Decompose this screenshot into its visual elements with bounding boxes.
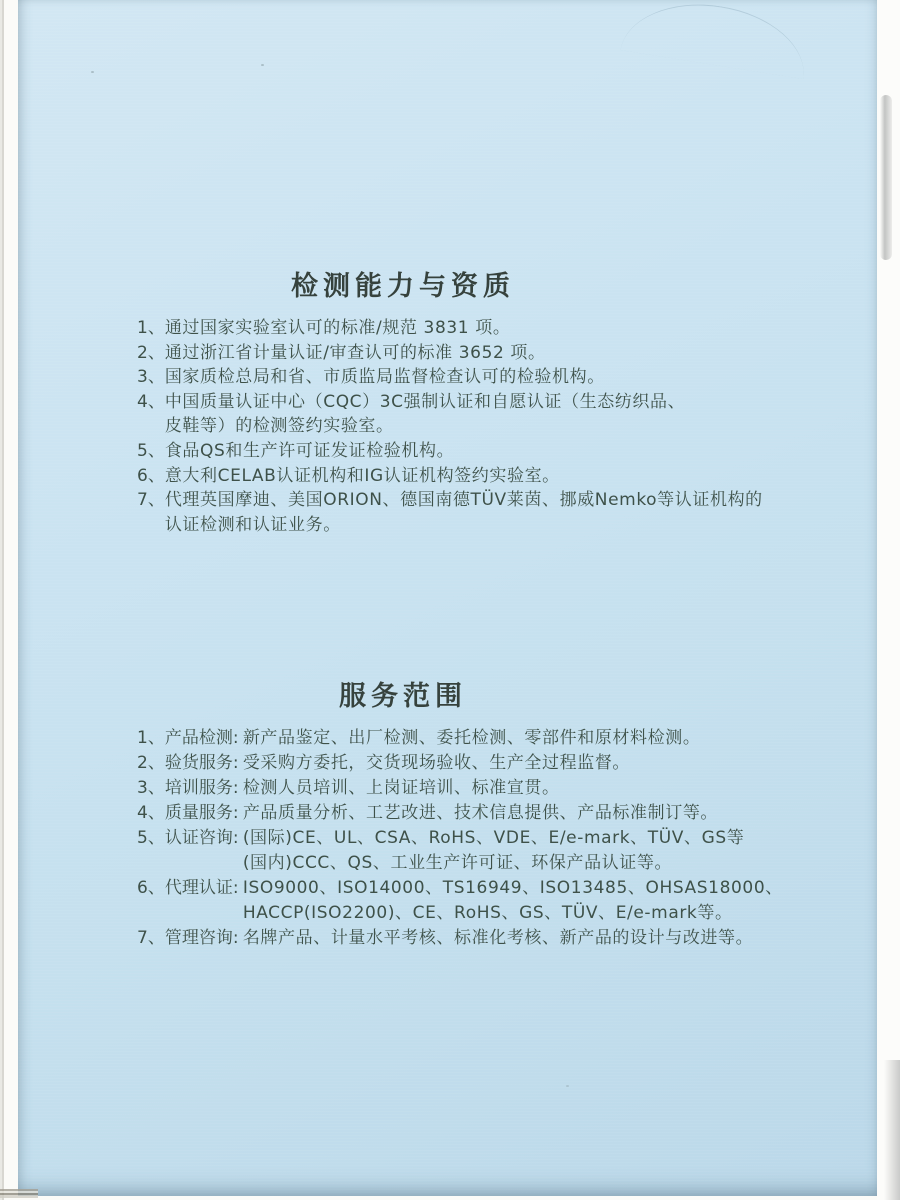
item-line: 名牌产品、计量水平考核、标准化考核、新产品的设计与改进等。 [243,926,788,951]
page-paper: 检测能力与资质 1、 通过国家实验室认可的标准/规范 3831 项。 2、 通过… [18,0,877,1196]
item-line: 认证检测和认证业务。 [165,513,788,538]
item-line: (国际)CE、UL、CSA、RoHS、VDE、E/e-mark、TÜV、GS等 [243,826,788,851]
item-number: 3、 [137,365,165,390]
item-number: 1、 [137,316,165,341]
list-item: 2、 通过浙江省计量认证/审查认可的标准 3652 项。 [137,341,788,366]
item-line: 食品QS和生产许可证发证检验机构。 [165,439,788,464]
item-label: 认证咨询: [165,826,243,851]
item-label: 产品检测: [165,726,243,751]
scanned-document: 检测能力与资质 1、 通过国家实验室认可的标准/规范 3831 项。 2、 通过… [0,0,900,1200]
left-scan-margin [0,0,18,1200]
list-item: 6、 代理认证: ISO9000、ISO14000、TS16949、ISO134… [137,876,788,926]
item-line: 意大利CELAB认证机构和IG认证机构签约实验室。 [165,464,788,489]
list-item: 6、 意大利CELAB认证机构和IG认证机构签约实验室。 [137,464,788,489]
item-number: 6、 [137,464,165,489]
section-service-scope-list: 1、 产品检测: 新产品鉴定、出厂检测、委托检测、零部件和原材料检测。 2、 验… [137,726,788,951]
item-line: 国家质检总局和省、市质监局监督检查认可的检验机构。 [165,365,788,390]
item-number: 5、 [137,439,165,464]
item-line: 受采购方委托，交货现场验收、生产全过程监督。 [243,751,788,776]
section-testing-capability-list: 1、 通过国家实验室认可的标准/规范 3831 项。 2、 通过浙江省计量认证/… [137,316,788,537]
item-line: 检测人员培训、上岗证培训、标准宣贯。 [243,776,788,801]
item-number: 4、 [137,801,165,826]
item-number: 2、 [137,341,165,366]
item-number: 5、 [137,826,165,851]
list-item: 7、 管理咨询: 名牌产品、计量水平考核、标准化考核、新产品的设计与改进等。 [137,926,788,951]
list-item: 3、 国家质检总局和省、市质监局监督检查认可的检验机构。 [137,365,788,390]
item-line: 新产品鉴定、出厂检测、委托检测、零部件和原材料检测。 [243,726,788,751]
item-line: 皮鞋等）的检测签约实验室。 [165,414,788,439]
list-item: 1、 产品检测: 新产品鉴定、出厂检测、委托检测、零部件和原材料检测。 [137,726,788,751]
item-line: 产品质量分析、工艺改进、技术信息提供、产品标准制订等。 [243,801,788,826]
item-line: 通过国家实验室认可的标准/规范 3831 项。 [165,316,788,341]
item-line: 代理英国摩迪、美国ORION、德国南德TÜV莱茵、挪威Nemko等认证机构的 [165,488,788,513]
list-item: 1、 通过国家实验室认可的标准/规范 3831 项。 [137,316,788,341]
item-label: 代理认证: [165,876,243,901]
scanner-shadow-artifact [880,95,892,260]
section-title-testing-capability: 检测能力与资质 [18,264,788,303]
scanner-shadow-artifact [884,1060,900,1200]
item-label: 管理咨询: [165,926,243,951]
item-label: 验货服务: [165,751,243,776]
item-number: 6、 [137,876,165,901]
item-number: 7、 [137,488,165,513]
item-number: 4、 [137,390,165,415]
list-item: 2、 验货服务: 受采购方委托，交货现场验收、生产全过程监督。 [137,751,788,776]
list-item: 4、 中国质量认证中心（CQC）3C强制认证和自愿认证（生态纺织品、 皮鞋等）的… [137,390,788,439]
item-line: (国内)CCC、QS、工业生产许可证、环保产品认证等。 [243,851,788,876]
book-spine-edge [0,1189,38,1198]
item-number: 2、 [137,751,165,776]
item-line: 中国质量认证中心（CQC）3C强制认证和自愿认证（生态纺织品、 [165,390,788,415]
list-item: 4、 质量服务: 产品质量分析、工艺改进、技术信息提供、产品标准制订等。 [137,801,788,826]
section-title-service-scope: 服务范围 [18,674,788,713]
item-number: 1、 [137,726,165,751]
item-label: 质量服务: [165,801,243,826]
item-line: ISO9000、ISO14000、TS16949、ISO13485、OHSAS1… [243,876,788,901]
right-scan-margin [877,0,900,1200]
page-content: 检测能力与资质 1、 通过国家实验室认可的标准/规范 3831 项。 2、 通过… [18,0,788,1196]
item-number: 7、 [137,926,165,951]
item-line: HACCP(ISO2200)、CE、RoHS、GS、TÜV、E/e-mark等。 [243,901,788,926]
list-item: 7、 代理英国摩迪、美国ORION、德国南德TÜV莱茵、挪威Nemko等认证机构… [137,488,788,537]
item-number: 3、 [137,776,165,801]
list-item: 5、 认证咨询: (国际)CE、UL、CSA、RoHS、VDE、E/e-mark… [137,826,788,876]
list-item: 5、 食品QS和生产许可证发证检验机构。 [137,439,788,464]
item-line: 通过浙江省计量认证/审查认可的标准 3652 项。 [165,341,788,366]
list-item: 3、 培训服务: 检测人员培训、上岗证培训、标准宣贯。 [137,776,788,801]
item-label: 培训服务: [165,776,243,801]
